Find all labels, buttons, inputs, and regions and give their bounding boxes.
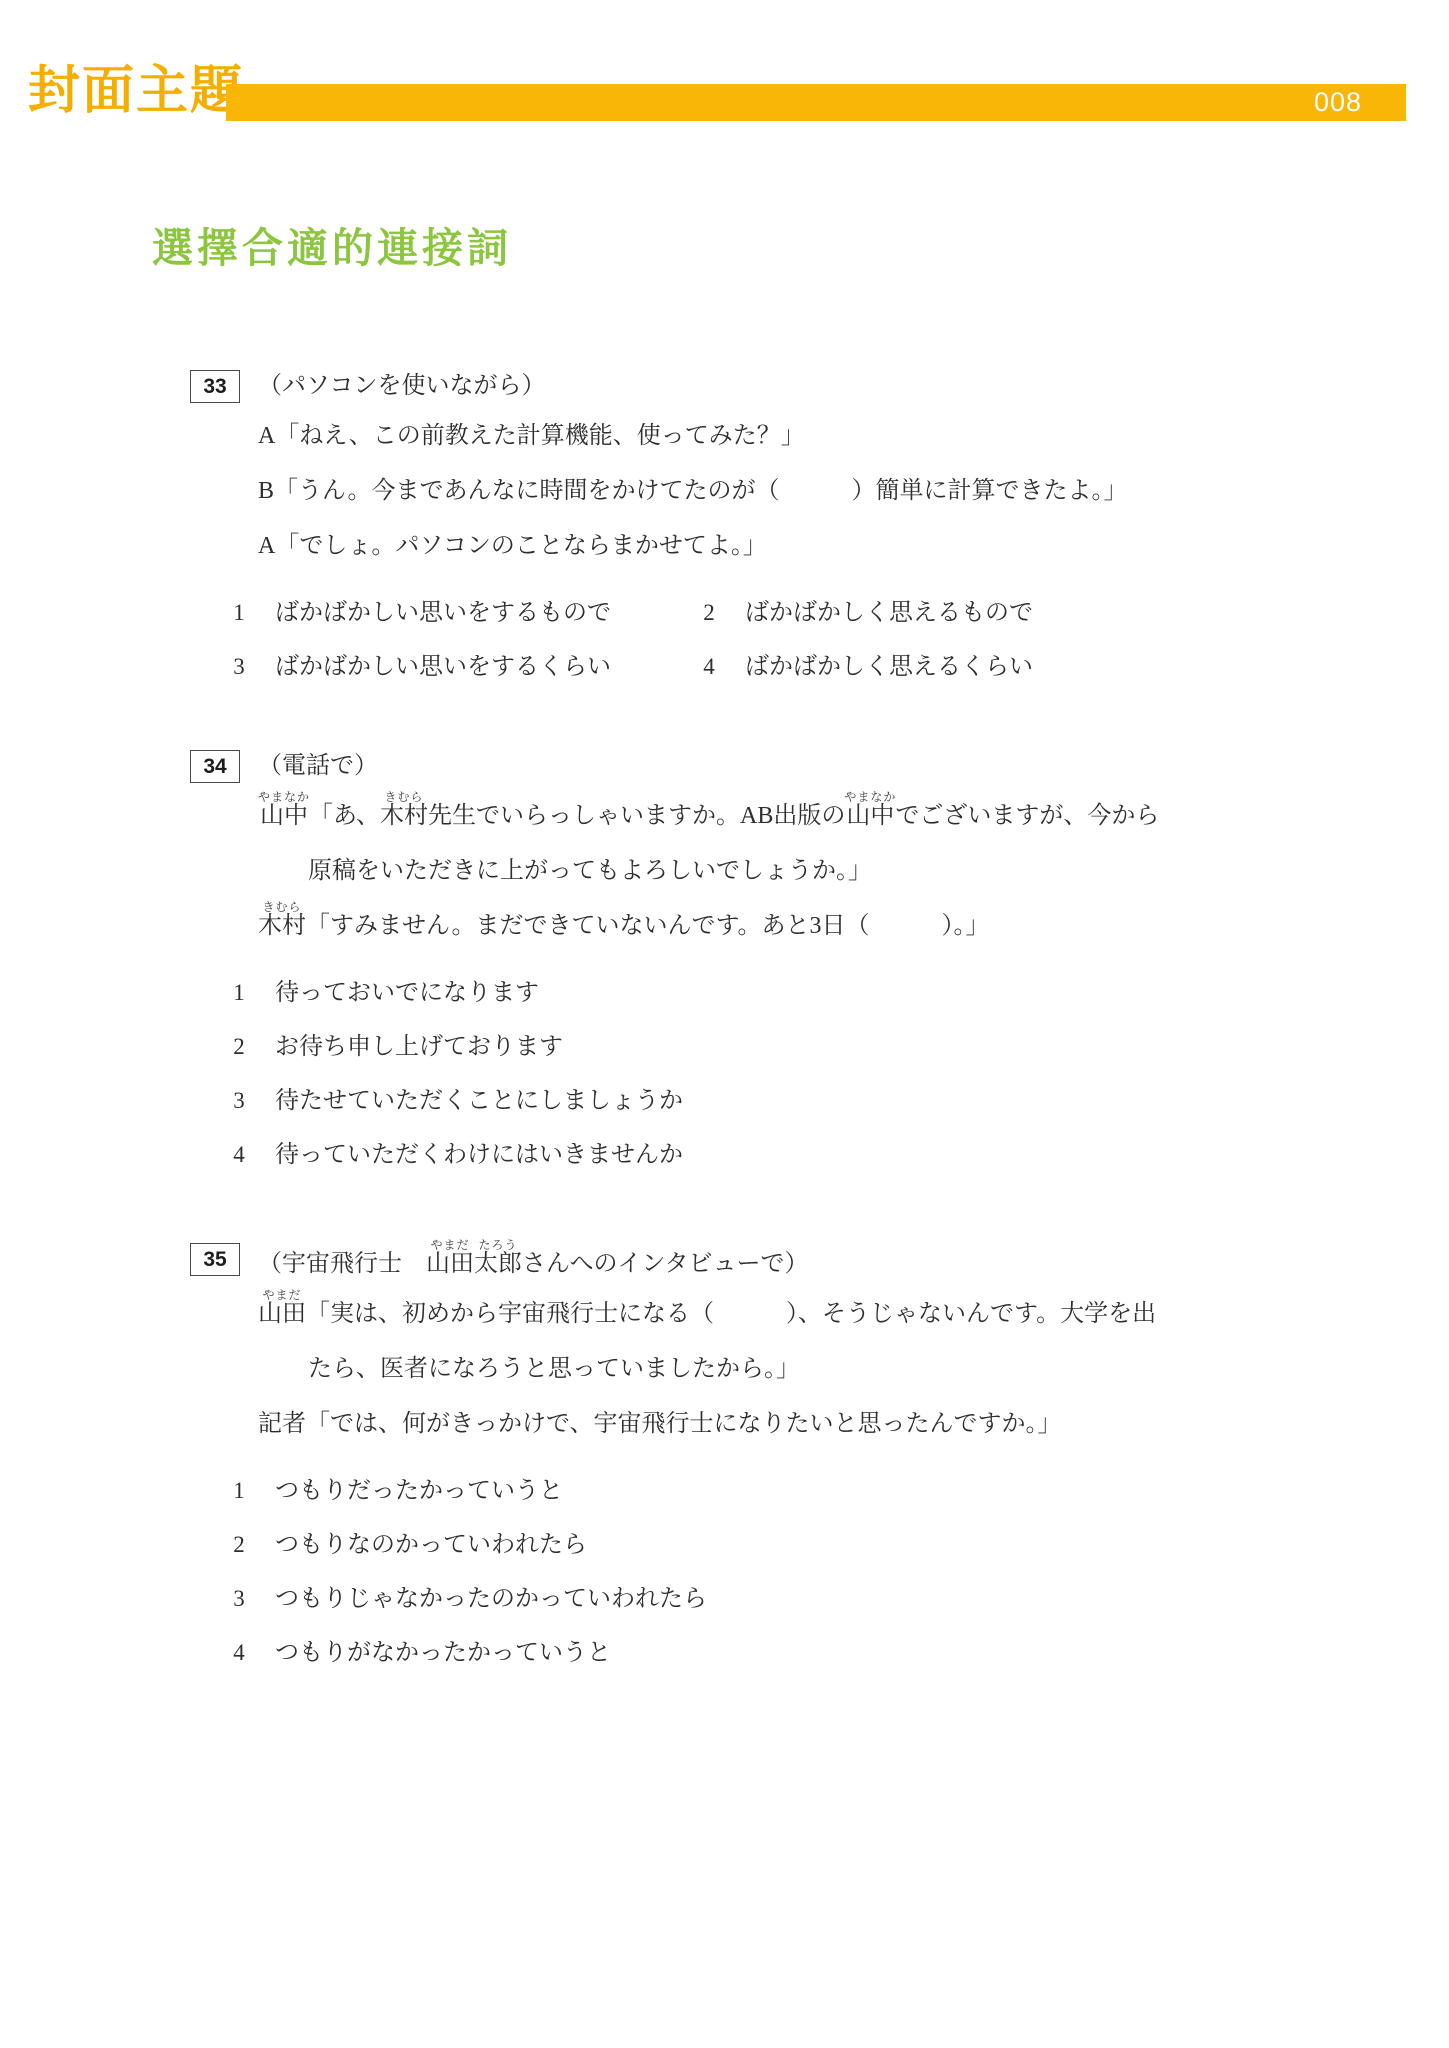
- option-text: 待たせていただくことにしましょうか: [275, 1074, 683, 1128]
- text-segment: 「すみません。まだできていないんです。あと3日（ ）。」: [306, 913, 990, 939]
- option-text: 待っておいでになります: [275, 966, 539, 1020]
- question-35-dialogue: 山田やまだ「実は、初めから宇宙飛行士になる（ ）、そうじゃないんです。大学を出 …: [258, 1287, 1392, 1452]
- question-33-options: 1 ばかばかしい思いをするもので 2 ばかばかしく思えるもので 3 ばかばかしい…: [230, 586, 1392, 694]
- option-row: 1 つもりだったかっていうと: [230, 1464, 1392, 1518]
- option-number: 4: [230, 1128, 248, 1182]
- section-title: 選擇合適的連接詞: [152, 226, 1392, 271]
- option-number: 2: [230, 1518, 248, 1572]
- text-segment: A「でしょ。パソコンのことならまかせてよ。」: [258, 533, 767, 559]
- question-34-header: 34 （電話で）: [190, 750, 1392, 783]
- page-number: 008: [1314, 84, 1362, 121]
- option-text: つもりなのかっていわれたら: [275, 1518, 587, 1572]
- ruby-annotated-text: 木村きむら: [380, 803, 428, 829]
- dialogue-line: 山中やまなか「あ、木村きむら先生でいらっしゃいますか。AB出版の山中やまなかでご…: [258, 789, 1392, 844]
- text-segment: さんへのインタビューで）: [522, 1251, 809, 1277]
- option-text: ばかばかしく思えるくらい: [745, 640, 1033, 694]
- question-context: （電話で）: [258, 750, 378, 783]
- option-text: 待っていただくわけにはいきませんか: [275, 1128, 683, 1182]
- option-row: 3 つもりじゃなかったのかっていわれたら: [230, 1572, 1392, 1626]
- option-row: 2 つもりなのかっていわれたら: [230, 1518, 1392, 1572]
- dialogue-line: A「でしょ。パソコンのことならまかせてよ。」: [258, 519, 1392, 574]
- option-row: 3 ばかばかしい思いをするくらい: [230, 640, 700, 694]
- ruby-annotated-text: 木村きむら: [258, 913, 306, 939]
- option-number: 2: [230, 1020, 248, 1074]
- text-segment: B「うん。今まであんなに時間をかけてたのが（ ）簡単に計算できたよ。」: [258, 478, 1127, 504]
- option-text: ばかばかしく思えるもので: [745, 586, 1033, 640]
- ruby-annotated-text: 山中やまなか: [845, 803, 895, 829]
- option-text: つもりがなかったかっていうと: [275, 1626, 611, 1680]
- option-number: 4: [230, 1626, 248, 1680]
- option-number: 2: [700, 586, 718, 640]
- page-content: 選擇合適的連接詞 33 （パソコンを使いながら） A「ねえ、この前教えた計算機能…: [152, 226, 1392, 1680]
- question-context: （パソコンを使いながら）: [258, 370, 546, 403]
- text-segment: （宇宙飛行士: [258, 1251, 426, 1277]
- option-text: お待ち申し上げております: [275, 1020, 563, 1074]
- option-text: つもりじゃなかったのかっていわれたら: [275, 1572, 707, 1626]
- option-text: ばかばかしい思いをするもので: [275, 586, 611, 640]
- option-number: 3: [230, 1074, 248, 1128]
- text-segment: 「あ、: [309, 803, 380, 829]
- question-33-dialogue: A「ねえ、この前教えた計算機能、使ってみた？」 B「うん。今まであんなに時間をか…: [258, 409, 1392, 574]
- question-33: 33 （パソコンを使いながら） A「ねえ、この前教えた計算機能、使ってみた？」 …: [152, 370, 1392, 694]
- option-row: 1 ばかばかしい思いをするもので: [230, 586, 700, 640]
- option-number: 3: [230, 1572, 248, 1626]
- option-row: 1 待っておいでになります: [230, 966, 1392, 1020]
- ruby-annotated-text: 山田やまだ: [258, 1301, 306, 1327]
- option-text: つもりだったかっていうと: [275, 1464, 563, 1518]
- option-number: 1: [230, 1464, 248, 1518]
- question-35: 35 （宇宙飛行士 山田やまだ太郎たろうさんへのインタビューで） 山田やまだ「実…: [152, 1238, 1392, 1680]
- ruby-annotated-text: 山田やまだ: [426, 1251, 474, 1277]
- option-number: 1: [230, 586, 248, 640]
- option-number: 4: [700, 640, 718, 694]
- ruby-annotated-text: 太郎たろう: [474, 1251, 522, 1277]
- question-35-options: 1 つもりだったかっていうと 2 つもりなのかっていわれたら 3 つもりじゃなか…: [230, 1464, 1392, 1680]
- option-text: ばかばかしい思いをするくらい: [275, 640, 611, 694]
- dialogue-line-continuation: たら、医者になろうと思っていましたから。」: [258, 1342, 1392, 1397]
- option-row: 4 つもりがなかったかっていうと: [230, 1626, 1392, 1680]
- question-number-badge: 33: [190, 370, 240, 403]
- dialogue-line: 山田やまだ「実は、初めから宇宙飛行士になる（ ）、そうじゃないんです。大学を出: [258, 1287, 1392, 1342]
- option-row: 4 待っていただくわけにはいきませんか: [230, 1128, 1392, 1182]
- text-segment: 原稿をいただきに上がってもよろしいでしょうか。」: [308, 858, 872, 884]
- text-segment: たら、医者になろうと思っていましたから。」: [308, 1356, 800, 1382]
- question-35-header: 35 （宇宙飛行士 山田やまだ太郎たろうさんへのインタビューで）: [190, 1238, 1392, 1281]
- ruby-annotated-text: 山中やまなか: [258, 803, 309, 829]
- dialogue-line: A「ねえ、この前教えた計算機能、使ってみた？」: [258, 409, 1392, 464]
- question-context: （宇宙飛行士 山田やまだ太郎たろうさんへのインタビューで）: [258, 1238, 809, 1281]
- page-header-title: 封面主題: [28, 66, 244, 118]
- question-34: 34 （電話で） 山中やまなか「あ、木村きむら先生でいらっしゃいますか。AB出版…: [152, 750, 1392, 1182]
- text-segment: （電話で）: [258, 753, 378, 779]
- dialogue-line: 記者「では、何がきっかけで、宇宙飛行士になりたいと思ったんですか。」: [258, 1397, 1392, 1452]
- question-34-dialogue: 山中やまなか「あ、木村きむら先生でいらっしゃいますか。AB出版の山中やまなかでご…: [258, 789, 1392, 954]
- option-number: 3: [230, 640, 248, 694]
- question-number-badge: 35: [190, 1243, 240, 1276]
- option-row: 2 お待ち申し上げております: [230, 1020, 1392, 1074]
- dialogue-line: 木村きむら「すみません。まだできていないんです。あと3日（ ）。」: [258, 899, 1392, 954]
- text-segment: 記者「では、何がきっかけで、宇宙飛行士になりたいと思ったんですか。」: [258, 1411, 1062, 1437]
- option-row: 3 待たせていただくことにしましょうか: [230, 1074, 1392, 1128]
- header-accent-bar: 008: [226, 84, 1406, 121]
- question-number-badge: 34: [190, 750, 240, 783]
- dialogue-line: B「うん。今まであんなに時間をかけてたのが（ ）簡単に計算できたよ。」: [258, 464, 1392, 519]
- option-number: 1: [230, 966, 248, 1020]
- question-33-header: 33 （パソコンを使いながら）: [190, 370, 1392, 403]
- option-row: 2 ばかばかしく思えるもので: [700, 586, 1392, 640]
- text-segment: 先生でいらっしゃいますか。AB出版の: [428, 803, 845, 829]
- dialogue-line-continuation: 原稿をいただきに上がってもよろしいでしょうか。」: [258, 844, 1392, 899]
- text-segment: 「実は、初めから宇宙飛行士になる（ ）、そうじゃないんです。大学を出: [306, 1301, 1156, 1327]
- text-segment: でございますが、今から: [895, 803, 1159, 829]
- text-segment: （パソコンを使いながら）: [258, 373, 546, 399]
- option-row: 4 ばかばかしく思えるくらい: [700, 640, 1392, 694]
- text-segment: A「ねえ、この前教えた計算機能、使ってみた？」: [258, 423, 805, 449]
- question-34-options: 1 待っておいでになります 2 お待ち申し上げております 3 待たせていただくこ…: [230, 966, 1392, 1182]
